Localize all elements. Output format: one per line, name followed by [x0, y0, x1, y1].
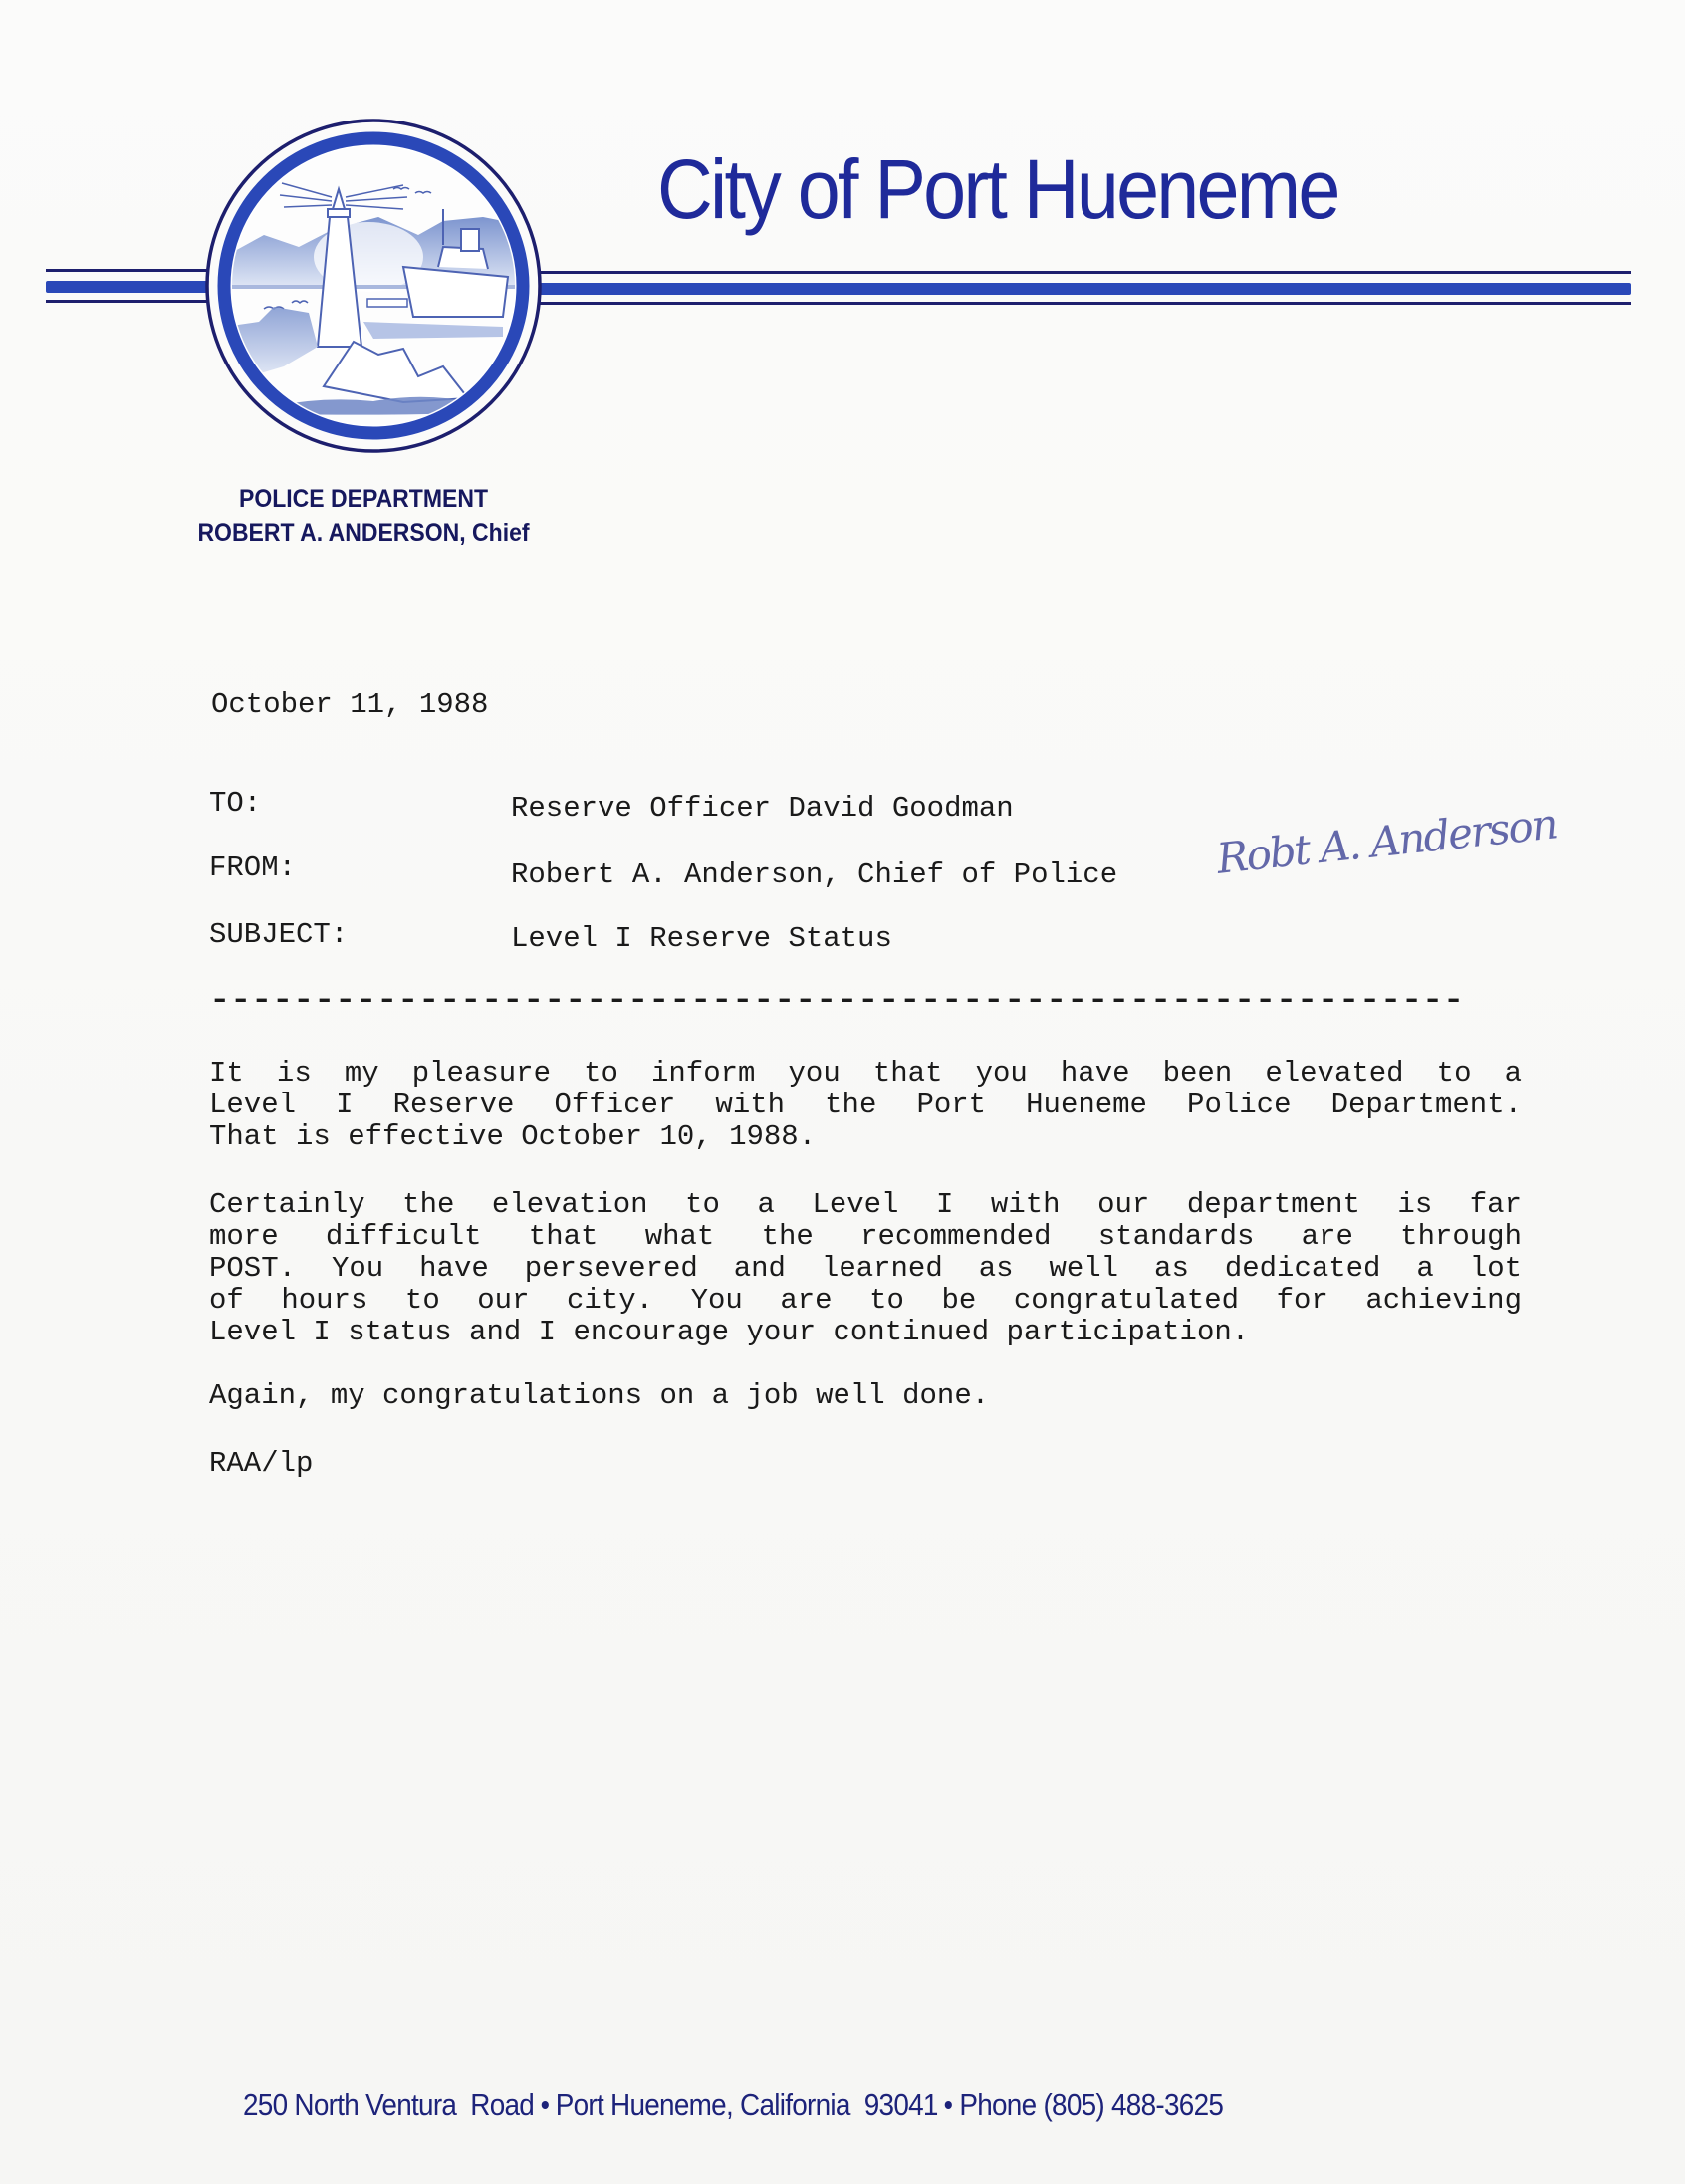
- subject-value: Level I Reserve Status: [511, 924, 892, 953]
- separator-line: ----------------------------------------…: [209, 986, 1464, 1015]
- signature: Robt A. Anderson: [1214, 799, 1558, 882]
- typist-initials: RAA/lp: [209, 1449, 313, 1478]
- bullet-icon: [945, 2101, 952, 2109]
- street-address: 250 North Ventura Road: [243, 2087, 534, 2122]
- paragraph-line: Certainly the elevation to a Level I wit…: [209, 1189, 1522, 1221]
- paragraph-line: more difficult that what the recommended…: [209, 1221, 1522, 1253]
- memo-date: October 11, 1988: [211, 690, 488, 719]
- paragraph-3: Again, my congratulations on a job well …: [209, 1380, 1522, 1412]
- paragraph-line: Again, my congratulations on a job well …: [209, 1380, 1522, 1412]
- letter-page: City of Port Hueneme POLICE DEPARTMENT R…: [0, 0, 1685, 2184]
- bullet-icon: [541, 2101, 548, 2109]
- to-value: Reserve Officer David Goodman: [511, 794, 1014, 823]
- city-state-zip: Port Hueneme, California 93041: [556, 2087, 938, 2122]
- from-value: Robert A. Anderson, Chief of Police: [511, 860, 1117, 889]
- paragraph-line: It is my pleasure to inform you that you…: [209, 1058, 1522, 1090]
- letterhead-rule-right: [526, 271, 1631, 307]
- city-title: City of Port Hueneme: [657, 147, 1338, 231]
- from-label: FROM:: [209, 853, 296, 882]
- department-name: POLICE DEPARTMENT: [175, 485, 551, 514]
- footer-address: 250 North Ventura RoadPort Hueneme, Cali…: [243, 2087, 1223, 2123]
- city-seal-icon: [204, 118, 543, 454]
- chief-name: ROBERT A. ANDERSON, Chief: [175, 519, 551, 548]
- to-label: TO:: [209, 789, 261, 818]
- paragraph-line: of hours to our city. You are to be cong…: [209, 1285, 1522, 1317]
- paragraph-line: Level I Reserve Officer with the Port Hu…: [209, 1090, 1522, 1121]
- paragraph-line: POST. You have persevered and learned as…: [209, 1253, 1522, 1285]
- paragraph-2: Certainly the elevation to a Level I wit…: [209, 1189, 1522, 1348]
- phone-number: (805) 488-3625: [1043, 2087, 1223, 2122]
- paragraph-1: It is my pleasure to inform you that you…: [209, 1058, 1522, 1153]
- phone-label: Phone: [959, 2087, 1036, 2122]
- paragraph-line: That is effective October 10, 1988.: [209, 1121, 1522, 1153]
- subject-label: SUBJECT:: [209, 920, 348, 949]
- paragraph-line: Level I status and I encourage your cont…: [209, 1317, 1522, 1348]
